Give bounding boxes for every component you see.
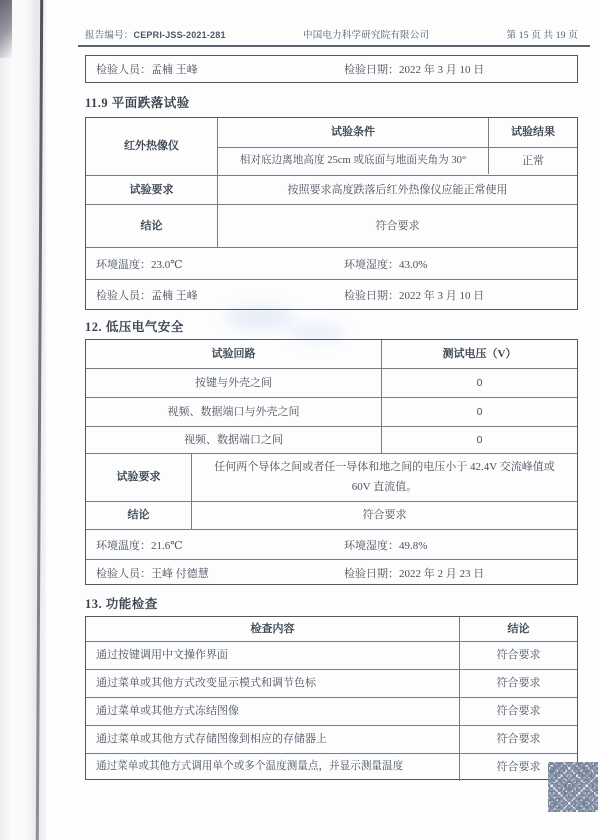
check-content-cell: 通过菜单或其他方式冻结图像 bbox=[86, 698, 459, 725]
page-indicator: 第 15 页 共 19 页 bbox=[507, 27, 578, 41]
circuit-cell: 视频、数据端口与外壳之间 bbox=[86, 398, 381, 426]
inspector-names: 检验人员：王峰 付德慧 bbox=[96, 565, 209, 581]
circuit-header-cell: 试验回路 bbox=[86, 340, 381, 368]
page-header: 报告编号：CEPRI-JSS-2021-281 中国电力科学研究院有限公司 第 … bbox=[85, 27, 578, 41]
scan-corner-shadow bbox=[0, 0, 12, 58]
result-header-cell: 试验结果 bbox=[488, 118, 577, 147]
conclusion-header-cell: 结论 bbox=[459, 617, 577, 641]
table-row: 视频、数据端口之间 0 bbox=[86, 426, 577, 453]
environment-row: 环境温度：21.6℃ 环境湿度：49.8% bbox=[86, 529, 577, 559]
requirement-cell: 任何两个导体之间或者任一导体和地之间的电压小于 42.4V 交流峰值或 60V … bbox=[191, 454, 577, 501]
condition-cell: 相对底边离地高度 25cm 或底面与地面夹角为 30° bbox=[218, 148, 488, 174]
qr-code-image bbox=[548, 762, 598, 812]
conclusion-cell: 符合要求 bbox=[191, 502, 577, 529]
circuit-cell: 按键与外壳之间 bbox=[86, 369, 381, 397]
inspection-date: 检验日期：2022 年 3 月 10 日 bbox=[344, 61, 484, 77]
requirement-cell: 按照要求高度跌落后红外热像仪应能正常使用 bbox=[217, 176, 577, 204]
check-content-cell: 通过菜单或其他方式调用单个或多个温度测量点，并显示测量温度 bbox=[86, 754, 459, 781]
section-11-9-title: 11.9 平面跌落试验 bbox=[85, 93, 190, 111]
voltage-header-cell: 测试电压（V） bbox=[381, 340, 577, 368]
electrical-safety-table: 试验回路 测试电压（V） 按键与外壳之间 0 视频、数据端口与外壳之间 0 视频… bbox=[85, 339, 578, 585]
check-conclusion-cell: 符合要求 bbox=[459, 698, 577, 725]
env-temperature: 环境温度：21.6℃ bbox=[96, 537, 183, 553]
voltage-cell: 0 bbox=[381, 427, 577, 453]
env-temperature: 环境温度：23.0℃ bbox=[96, 256, 183, 272]
env-humidity: 环境湿度：43.0% bbox=[344, 256, 427, 272]
check-content-cell: 通过菜单或其他方式改变显示模式和调节色标 bbox=[86, 670, 459, 697]
environment-row: 环境温度：23.0℃ 环境湿度：43.0% bbox=[86, 247, 577, 279]
drop-test-table: 红外热像仪 试验条件 试验结果 相对底边离地高度 25cm 或底面与地面夹角为 … bbox=[85, 117, 578, 310]
content-header-cell: 检查内容 bbox=[86, 617, 459, 641]
table-row: 通过菜单或其他方式冻结图像 符合要求 bbox=[86, 697, 577, 725]
voltage-cell: 0 bbox=[381, 398, 577, 426]
circuit-cell: 视频、数据端口之间 bbox=[86, 427, 381, 453]
section-13-title: 13. 功能检查 bbox=[85, 594, 158, 612]
requirement-label-cell: 试验要求 bbox=[86, 454, 191, 501]
result-cell: 正常 bbox=[488, 148, 577, 174]
inspector-row: 检验人员：孟楠 王峰 检验日期：2022 年 3 月 10 日 bbox=[86, 279, 577, 310]
inspection-date: 检验日期：2022 年 2 月 23 日 bbox=[344, 565, 484, 581]
inspector-names: 检验人员：孟楠 王峰 bbox=[96, 287, 198, 303]
env-humidity: 环境湿度：49.8% bbox=[344, 537, 427, 553]
function-check-table: 检查内容 结论 通过按键调用中文操作界面 符合要求 通过菜单或其他方式改变显示模… bbox=[85, 616, 578, 780]
conclusion-label-cell: 结论 bbox=[86, 205, 217, 247]
inspection-date: 检验日期：2022 年 3 月 10 日 bbox=[344, 287, 484, 303]
check-conclusion-cell: 符合要求 bbox=[459, 642, 577, 669]
table-row: 视频、数据端口与外壳之间 0 bbox=[86, 397, 577, 426]
requirement-label-cell: 试验要求 bbox=[86, 176, 217, 204]
condition-result-block: 试验条件 试验结果 相对底边离地高度 25cm 或底面与地面夹角为 30° 正常 bbox=[217, 118, 577, 175]
table-row: 通过按键调用中文操作界面 符合要求 bbox=[86, 641, 577, 669]
check-content-cell: 通过菜单或其他方式存储图像到相应的存储器上 bbox=[86, 726, 459, 753]
scanned-report-page: { "colors": { "ink": "#47515d", "border_… bbox=[0, 0, 600, 840]
table-row: 通过菜单或其他方式调用单个或多个温度测量点，并显示测量温度 符合要求 bbox=[86, 753, 577, 781]
check-conclusion-cell: 符合要求 bbox=[459, 670, 577, 697]
check-content-cell: 通过按键调用中文操作界面 bbox=[86, 642, 459, 669]
voltage-cell: 0 bbox=[381, 369, 577, 397]
inspector-box: 检验人员：孟楠 王峰 检验日期：2022 年 3 月 10 日 bbox=[85, 55, 578, 83]
conclusion-cell: 符合要求 bbox=[217, 205, 577, 247]
check-conclusion-cell: 符合要求 bbox=[459, 726, 577, 753]
inspector-names: 检验人员：孟楠 王峰 bbox=[96, 61, 198, 77]
table-row: 按键与外壳之间 0 bbox=[86, 368, 577, 397]
report-number: 报告编号：CEPRI-JSS-2021-281 bbox=[85, 27, 226, 41]
org-name: 中国电力科学研究院有限公司 bbox=[303, 27, 429, 41]
header-rule bbox=[78, 45, 590, 47]
device-cell: 红外热像仪 bbox=[86, 118, 217, 175]
inspector-row: 检验人员：王峰 付德慧 检验日期：2022 年 2 月 23 日 bbox=[86, 559, 577, 585]
table-row: 通过菜单或其他方式存储图像到相应的存储器上 符合要求 bbox=[86, 725, 577, 753]
condition-header-cell: 试验条件 bbox=[218, 118, 488, 147]
conclusion-label-cell: 结论 bbox=[86, 502, 191, 529]
section-12-title: 12. 低压电气安全 bbox=[85, 317, 184, 335]
table-row: 通过菜单或其他方式改变显示模式和调节色标 符合要求 bbox=[86, 669, 577, 697]
